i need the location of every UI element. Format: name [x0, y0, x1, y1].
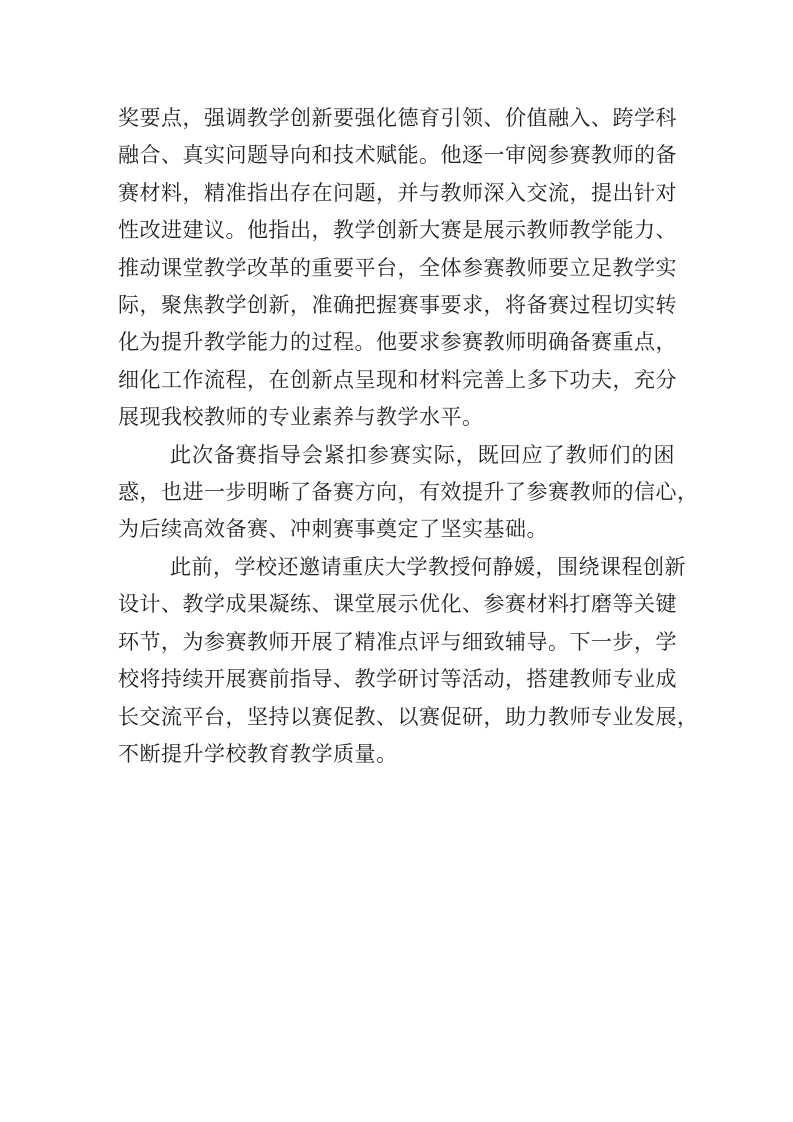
text-line: 此前，学校还邀请重庆大学教授何静媛，围绕课程创新 [118, 549, 675, 586]
text-line: 赛材料，精准指出存在问题，并与教师深入交流，提出针对 [118, 175, 675, 212]
text-line: 环节，为参赛教师开展了精准点评与细致辅导。下一步，学 [118, 624, 675, 661]
text-line: 推动课堂教学改革的重要平台，全体参赛教师要立足教学实 [118, 250, 675, 287]
text-line: 不断提升学校教育教学质量。 [118, 736, 675, 773]
text-line: 化为提升教学能力的过程。他要求参赛教师明确备赛重点， [118, 324, 675, 361]
article-body: 奖要点，强调教学创新要强化德育引领、价值融入、跨学科 融合、真实问题导向和技术赋… [118, 100, 675, 773]
text-line: 融合、真实问题导向和技术赋能。他逐一审阅参赛教师的备 [118, 137, 675, 174]
text-line: 惑，也进一步明晰了备赛方向，有效提升了参赛教师的信心， [118, 474, 675, 511]
paragraph-2: 此次备赛指导会紧扣参赛实际，既回应了教师们的困 惑，也进一步明晰了备赛方向，有效… [118, 437, 675, 549]
document-page: 奖要点，强调教学创新要强化德育引领、价值融入、跨学科 融合、真实问题导向和技术赋… [0, 0, 793, 1122]
paragraph-3: 此前，学校还邀请重庆大学教授何静媛，围绕课程创新 设计、教学成果凝练、课堂展示优… [118, 549, 675, 773]
paragraph-1: 奖要点，强调教学创新要强化德育引领、价值融入、跨学科 融合、真实问题导向和技术赋… [118, 100, 675, 437]
text-line: 奖要点，强调教学创新要强化德育引领、价值融入、跨学科 [118, 100, 675, 137]
text-line: 际，聚焦教学创新，准确把握赛事要求，将备赛过程切实转 [118, 287, 675, 324]
text-line: 此次备赛指导会紧扣参赛实际，既回应了教师们的困 [118, 437, 675, 474]
text-line: 性改进建议。他指出，教学创新大赛是展示教师教学能力、 [118, 212, 675, 249]
text-line: 为后续高效备赛、冲刺赛事奠定了坚实基础。 [118, 511, 675, 548]
text-line: 长交流平台，坚持以赛促教、以赛促研，助力教师专业发展， [118, 699, 675, 736]
text-line: 设计、教学成果凝练、课堂展示优化、参赛材料打磨等关键 [118, 586, 675, 623]
text-line: 细化工作流程，在创新点呈现和材料完善上多下功夫，充分 [118, 362, 675, 399]
text-line: 展现我校教师的专业素养与教学水平。 [118, 399, 675, 436]
text-line: 校将持续开展赛前指导、教学研讨等活动，搭建教师专业成 [118, 661, 675, 698]
